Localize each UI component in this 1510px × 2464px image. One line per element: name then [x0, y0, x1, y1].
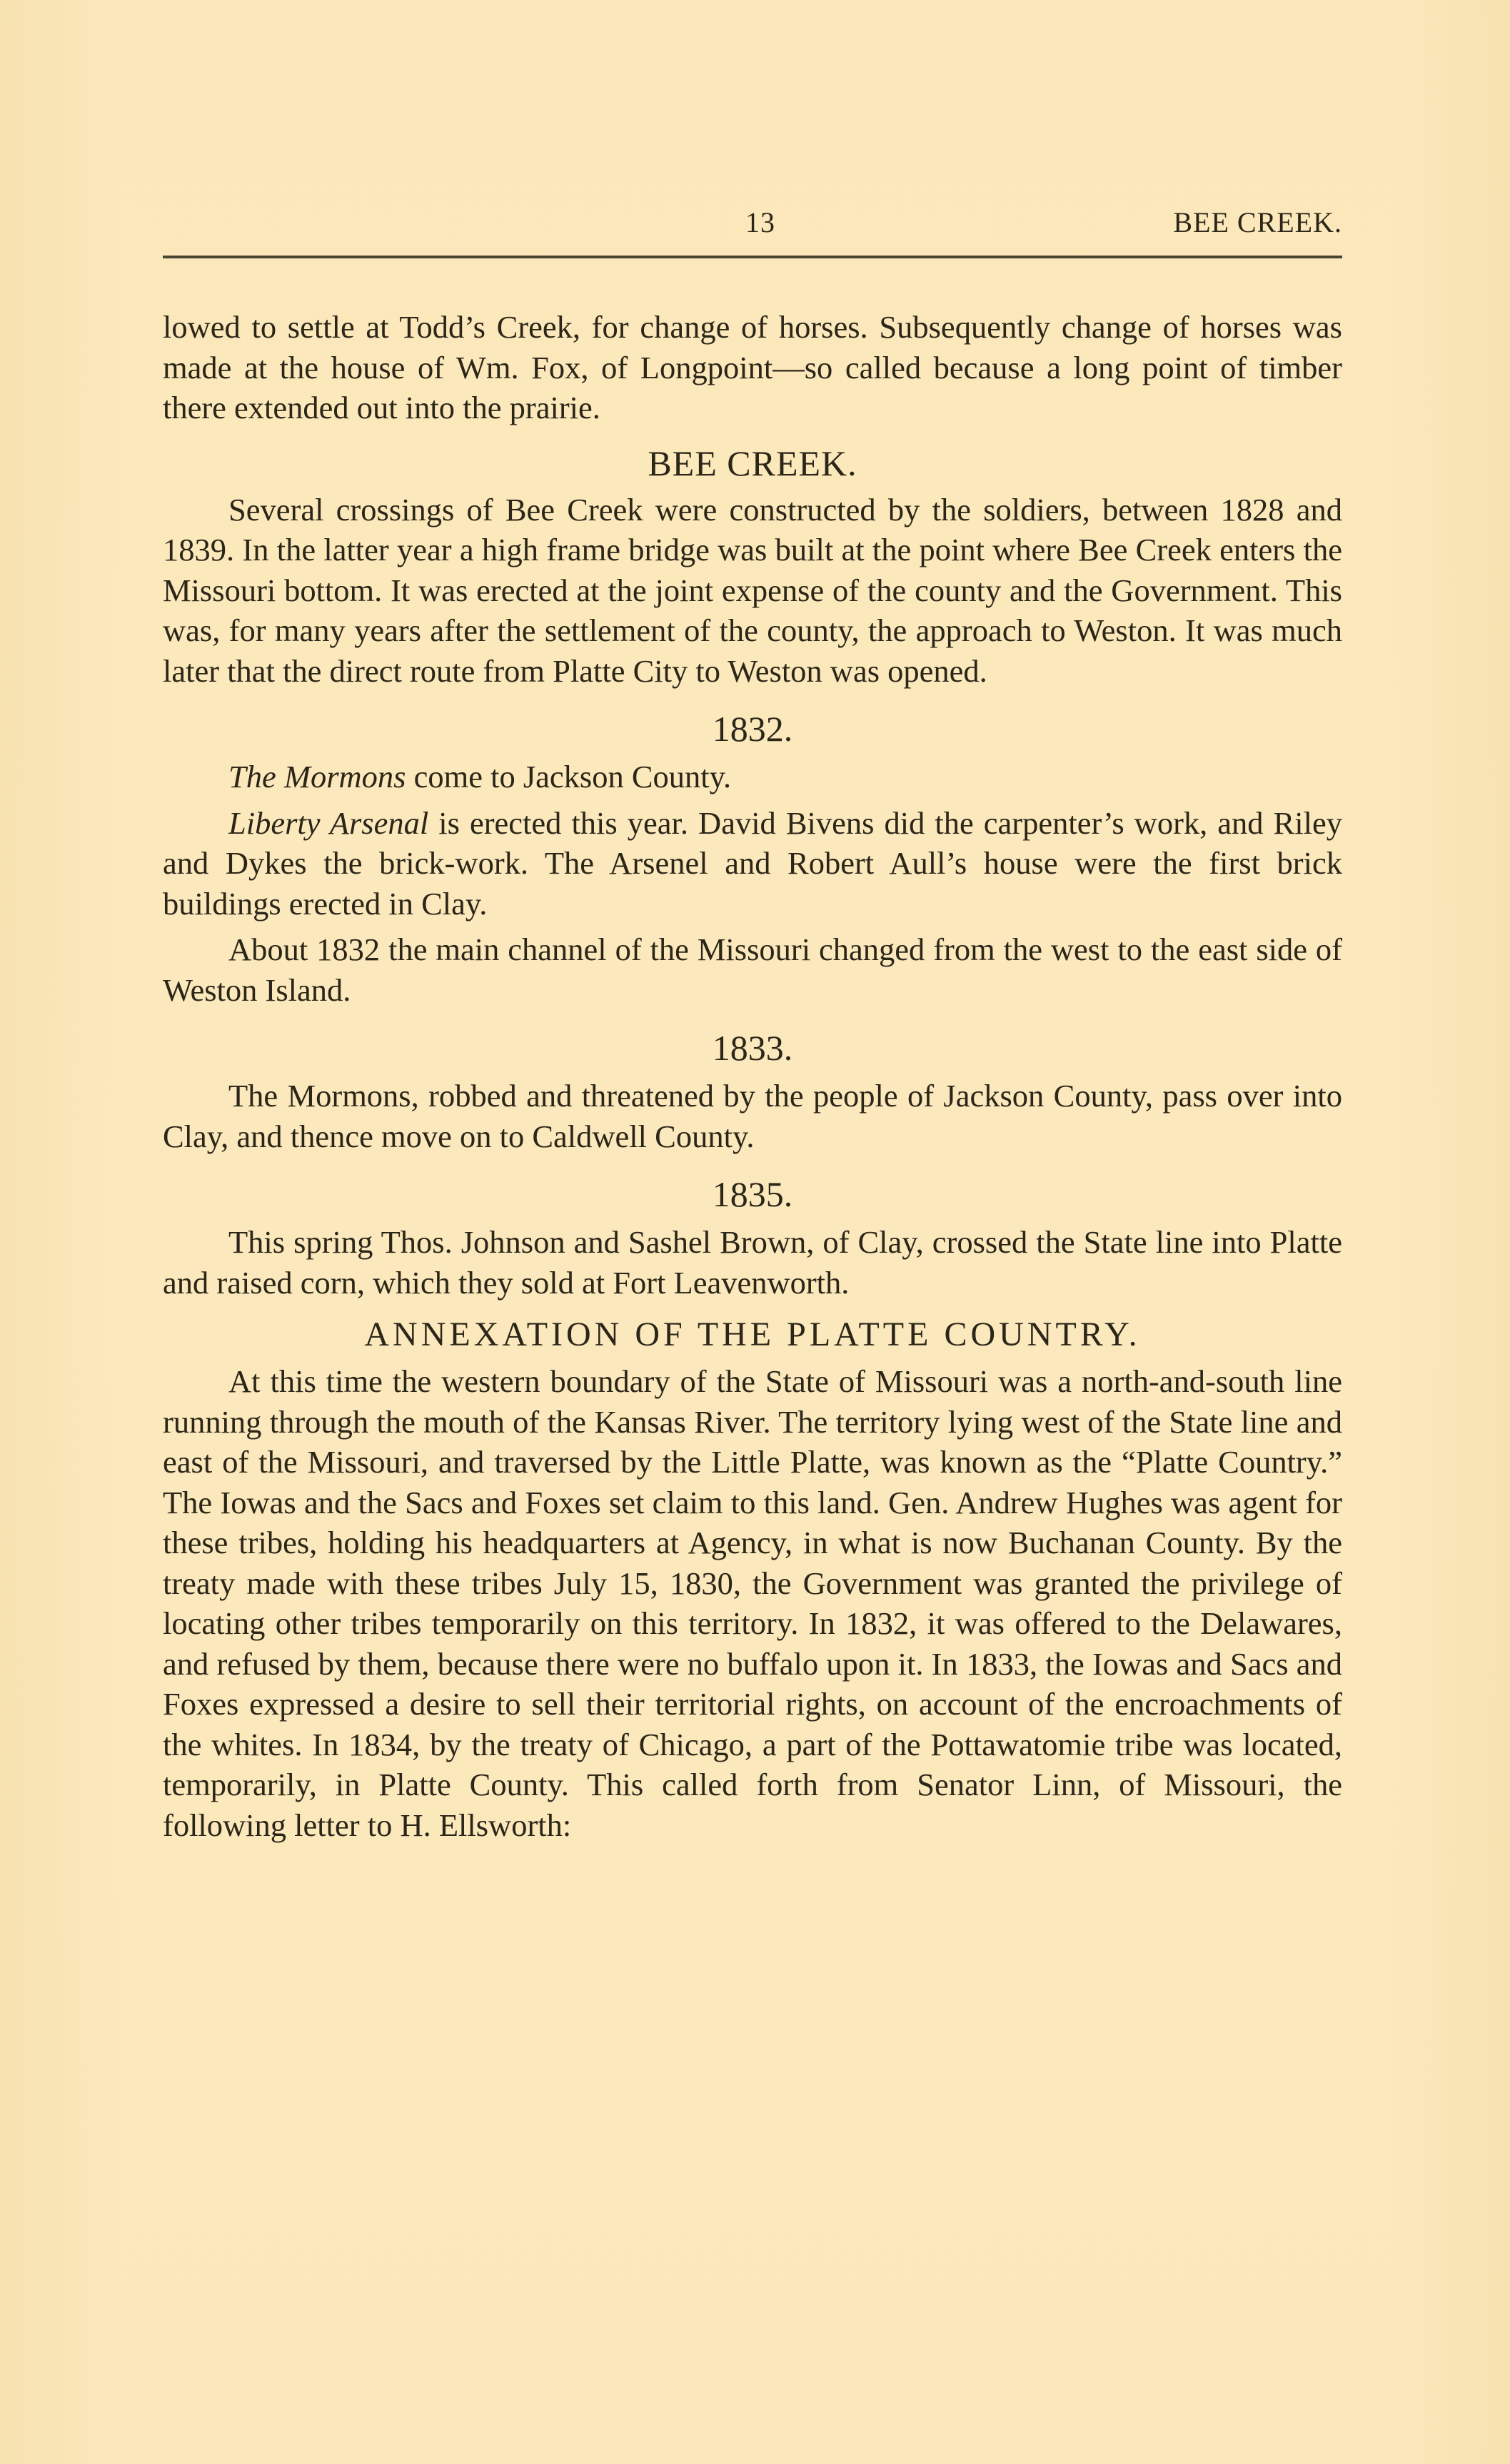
paragraph-1832-arsenal: Liberty Arsenal is erected this year. Da… [163, 803, 1342, 924]
paragraph-text: come to Jackson County. [406, 759, 731, 794]
page-body: lowed to settle at Todd’s Creek, for cha… [163, 307, 1342, 1845]
section-heading-bee-creek: BEE CREEK. [163, 441, 1342, 485]
paragraph-annexation: At this time the western boundary of the… [163, 1361, 1342, 1845]
year-heading-1832: 1832. [163, 707, 1342, 751]
paragraph-1832-channel: About 1832 the main channel of the Misso… [163, 929, 1342, 1010]
paragraph-1832-mormons: The Mormons come to Jackson County. [163, 757, 1342, 797]
paragraph-bee-creek: Several crossings of Bee Creek were cons… [163, 490, 1342, 692]
running-head: 13 BEE CREEK. [163, 206, 1342, 248]
book-page: 13 BEE CREEK. lowed to settle at Todd’s … [163, 206, 1342, 248]
italic-liberty-arsenal: Liberty Arsenal [228, 805, 428, 841]
header-rule [163, 256, 1342, 258]
paragraph-1833: The Mormons, robbed and threatened by th… [163, 1076, 1342, 1156]
paragraph-1835: This spring Thos. Johnson and Sashel Bro… [163, 1222, 1342, 1303]
italic-the-mormons: The Mormons [228, 759, 406, 794]
running-head-title: BEE CREEK. [1173, 206, 1342, 239]
continuation-paragraph: lowed to settle at Todd’s Creek, for cha… [163, 307, 1342, 428]
year-heading-1835: 1835. [163, 1172, 1342, 1216]
year-heading-1833: 1833. [163, 1026, 1342, 1070]
section-heading-annexation: ANNEXATION OF THE PLATTE COUNTRY. [163, 1313, 1342, 1357]
page-number: 13 [745, 206, 775, 239]
